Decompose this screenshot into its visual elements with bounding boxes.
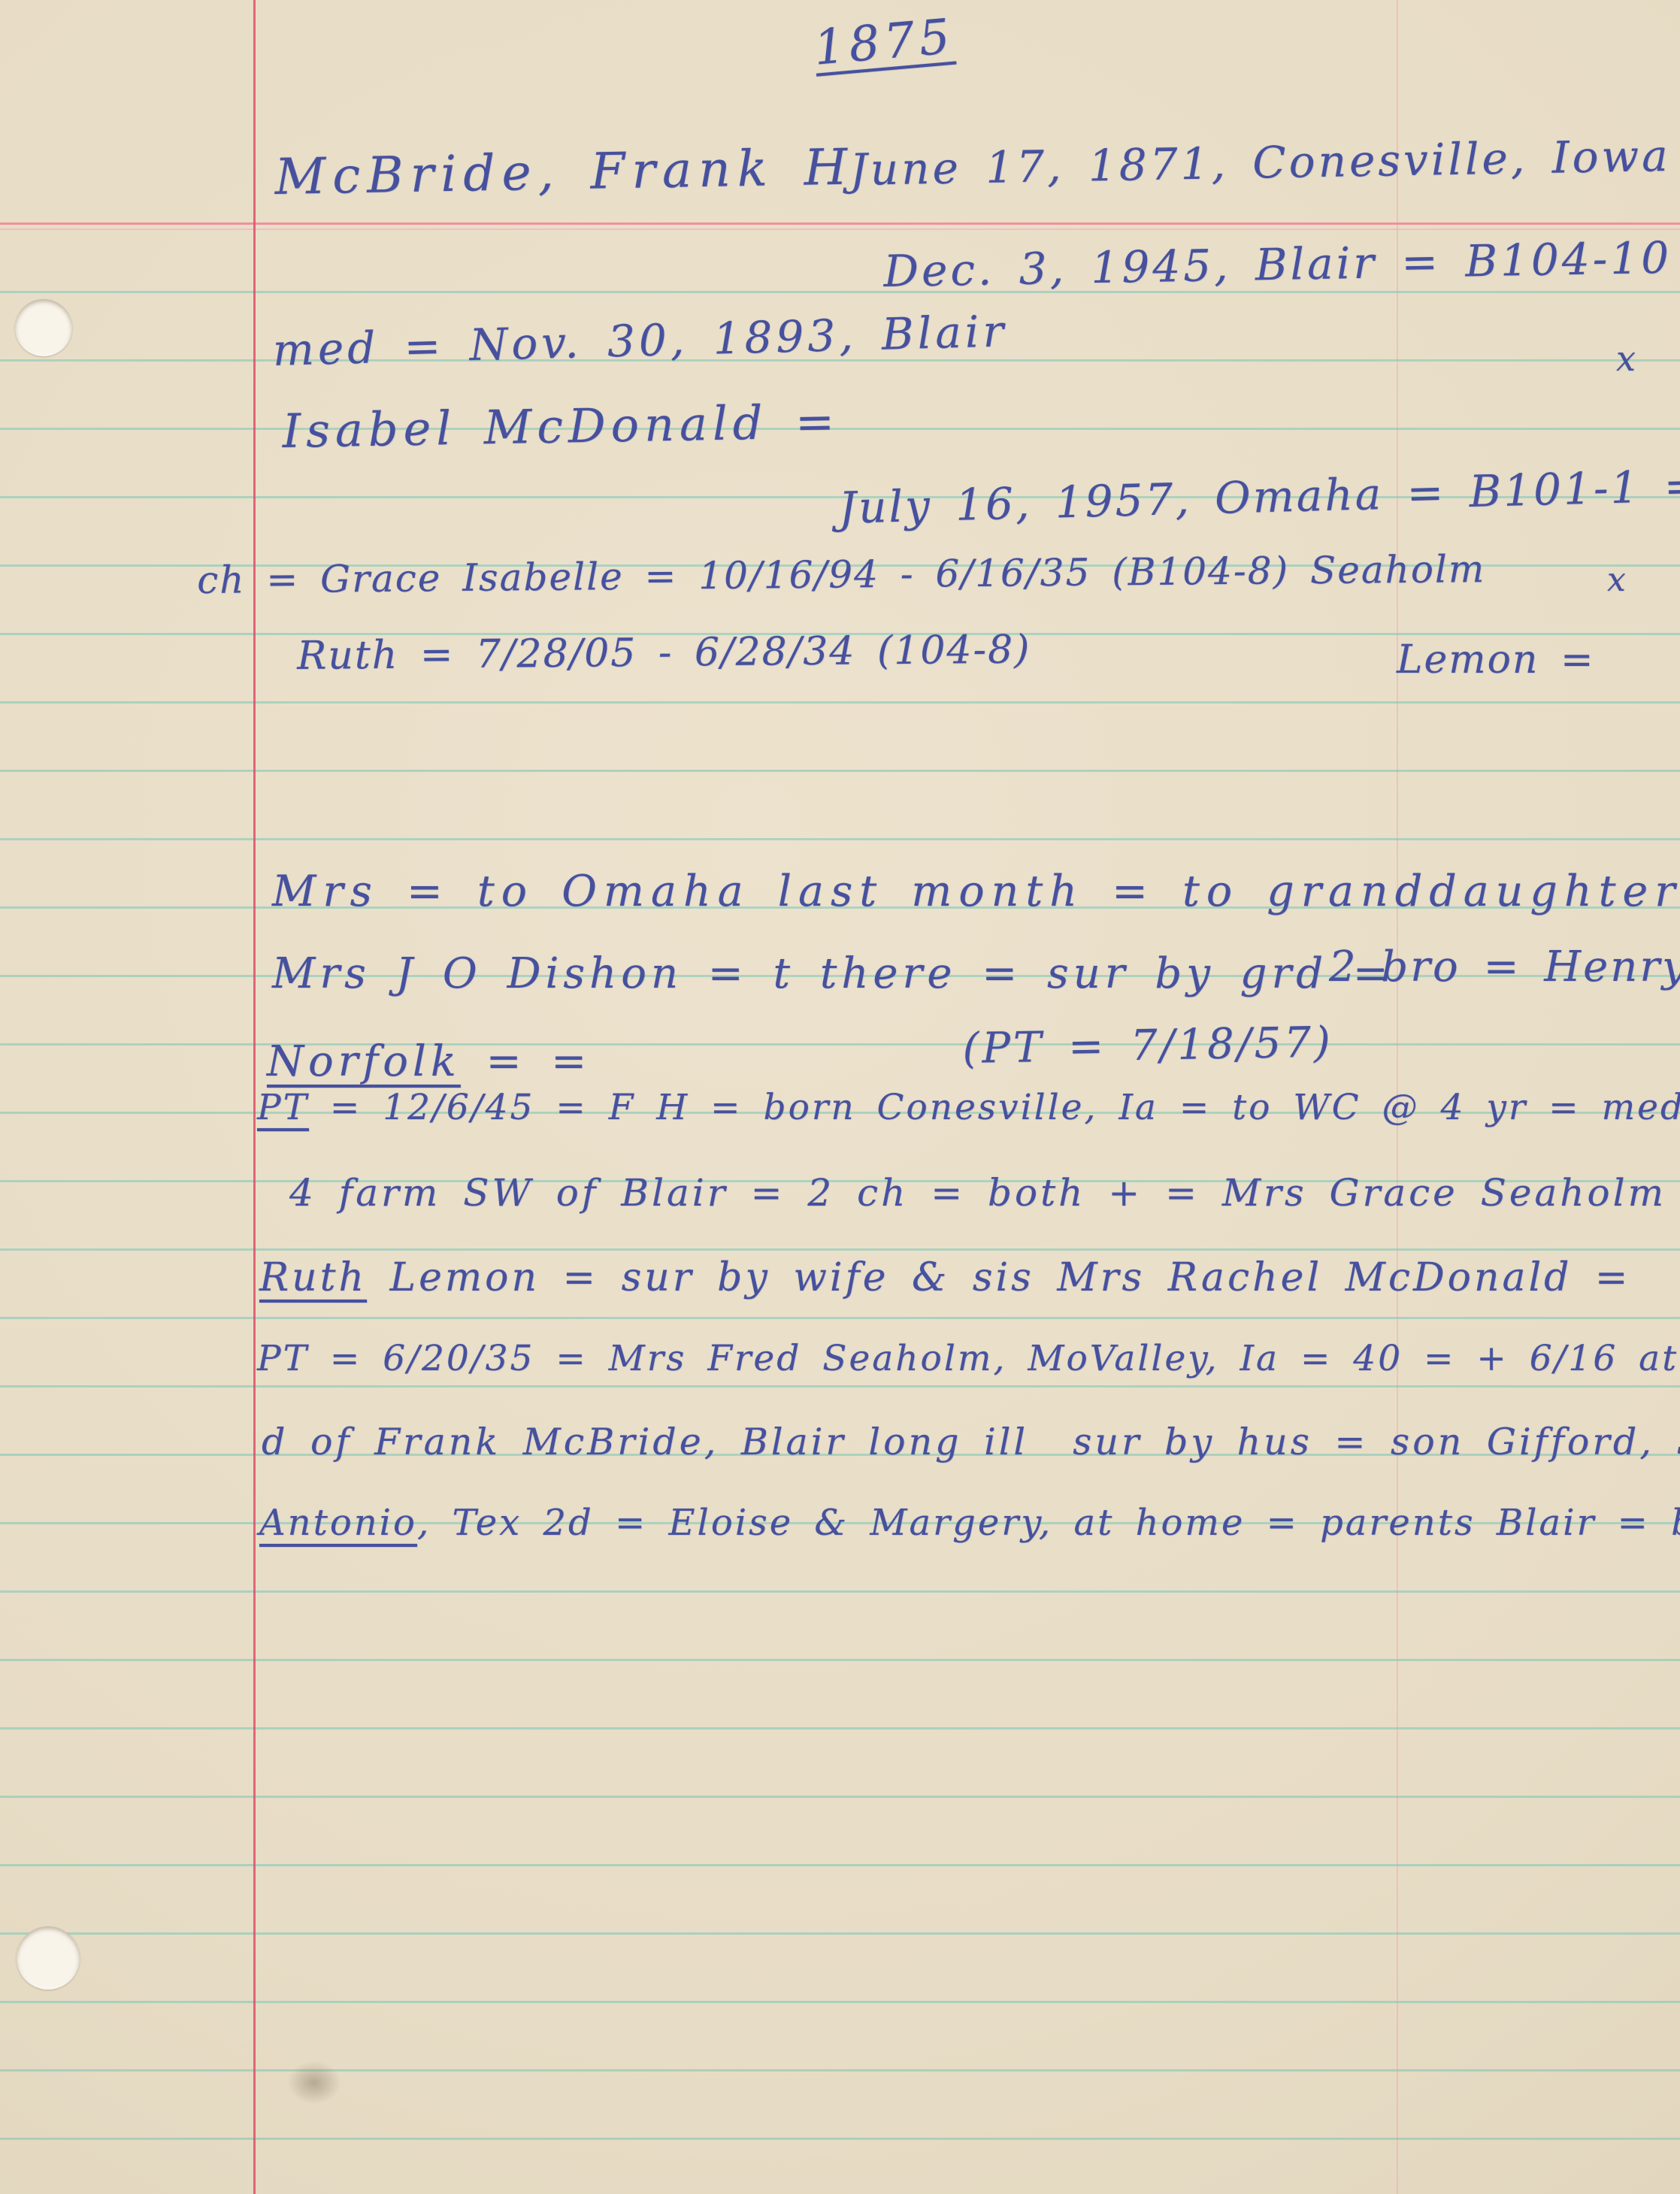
- record-spouse: Isabel McDonald =: [282, 396, 840, 457]
- year-heading: 1875: [812, 11, 956, 75]
- note-line-3: Norfolk = =: [267, 1039, 591, 1085]
- note-line-5: 4 farm SW of Blair = 2 ch = both + = Mrs…: [289, 1173, 1680, 1214]
- record-spouse-death: July 16, 1957, Omaha = B101-1 =: [838, 462, 1680, 533]
- ruth-underlined: Ruth: [259, 1255, 367, 1300]
- record-death: Dec. 3, 1945, Blair = B104-10: [883, 235, 1672, 296]
- note-line-2a: Mrs J O Dishon = t there = sur by grd =: [272, 951, 1393, 997]
- ink-smudge: [287, 2061, 341, 2105]
- record-name: McBride, Frank H: [274, 141, 855, 205]
- left-margin-line: [253, 0, 256, 2194]
- notebook-page: 1875 McBride, Frank H June 17, 1871, Con…: [0, 0, 1680, 2194]
- note-line-3-citation: (PT = 7/18/57): [962, 1019, 1333, 1072]
- record-child1: ch = Grace Isabelle = 10/16/94 - 6/16/35…: [197, 549, 1486, 601]
- note-line-6: Ruth Lemon = sur by wife & sis Mrs Rache…: [259, 1257, 1630, 1300]
- record-child2-married-name: Lemon =: [1397, 639, 1595, 682]
- record-marriage: med = Nov. 30, 1893, Blair: [272, 307, 1008, 374]
- norfolk-underlined: Norfolk: [267, 1037, 461, 1086]
- hole-punch-top: [15, 299, 72, 356]
- pt-source-underlined: PT: [257, 1087, 309, 1128]
- note-line-8: d of Frank McBride, Blair long ill sur b…: [262, 1422, 1680, 1463]
- note-line-2b: 2 bro = Henry,: [1329, 944, 1680, 991]
- note-line-1: Mrs = to Omaha last month = to granddaug…: [272, 868, 1680, 915]
- antonio-underlined: Antonio: [259, 1502, 417, 1544]
- hole-punch-bottom: [17, 1926, 80, 1990]
- top-margin-rule-echo: [0, 228, 1680, 230]
- ruth-rest: Lemon = sur by wife & sis Mrs Rachel McD…: [367, 1255, 1630, 1300]
- note-line-9: Antonio, Tex 2d = Eloise & Margery, at h…: [259, 1503, 1680, 1543]
- record-child2: Ruth = 7/28/05 - 6/28/34 (104-8): [297, 628, 1031, 678]
- note-line-4: PT = 12/6/45 = F H = born Conesville, Ia…: [257, 1088, 1680, 1127]
- norfolk-marks: = =: [461, 1037, 591, 1086]
- spouse-death-x-mark: x: [1607, 562, 1626, 598]
- record-birth: June 17, 1871, Conesville, Iowa: [849, 132, 1671, 195]
- note-line-7: PT = 6/20/35 = Mrs Fred Seaholm, MoValle…: [257, 1339, 1680, 1378]
- antonio-rest: , Tex 2d = Eloise & Margery, at home = p…: [417, 1502, 1680, 1544]
- death-x-mark: x: [1616, 340, 1636, 378]
- pt-source-text: = 12/6/45 = F H = born Conesville, Ia = …: [309, 1087, 1680, 1128]
- top-margin-rule: [0, 222, 1680, 225]
